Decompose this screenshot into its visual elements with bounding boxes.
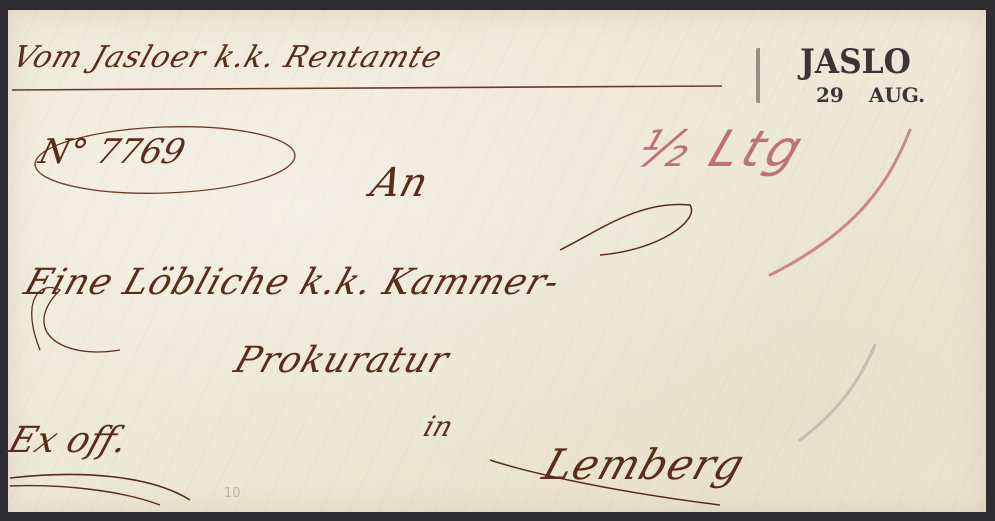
reference-number: N° 7769 [35,132,190,172]
address-line-2: Prokuratur [229,340,454,381]
pencil-note: 10 [224,486,241,501]
ex-officio-endorsement: Ex off. [3,420,133,461]
postmark-town: JASLO [800,42,911,82]
address-line-4: Lemberg [537,440,751,489]
postmark-day: 29 [816,83,844,107]
rate-marking: ½ Ltg [629,120,814,178]
postmark-date: 29 AUG. [816,83,925,107]
address-line-1: Eine Löbliche k.k. Kammer- [19,262,565,303]
postmark-month: AUG. [869,83,925,107]
postmark-bracket [756,48,770,103]
sender-line: Vom Jasloer k.k. Rentamte [8,40,447,75]
